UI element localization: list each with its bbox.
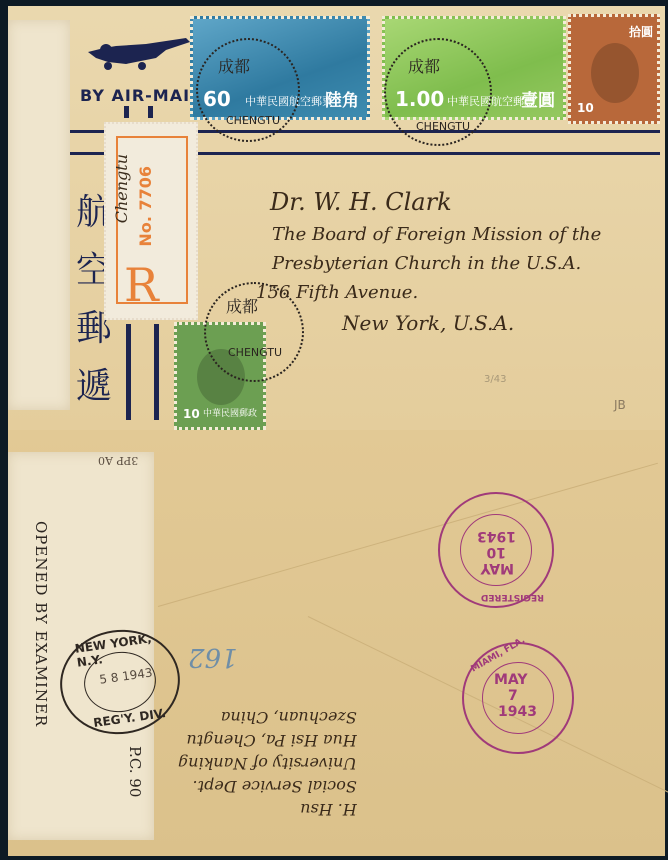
airmail-tick [124, 106, 129, 118]
airmail-tick [148, 106, 153, 118]
recipient-address: Dr. W. H. Clark The Board of Foreign Mis… [270, 188, 601, 335]
postmark-chengtu: CHENGTU 成都 [196, 38, 300, 142]
censor-handwritten-code: 3PP A0 [98, 454, 138, 467]
envelope-front: BY AIR-MAIL 航空郵遞 60 中華民國航空郵票 陸角 1.00 中華民… [8, 6, 665, 430]
by-air-mail-label: BY AIR-MAIL [80, 86, 201, 105]
postmark-chengtu: CHENGTU 成都 [384, 38, 492, 146]
portrait [591, 43, 639, 103]
initials-note: JB [614, 398, 626, 412]
red-postmark-new-york: REGISTERED MAY 10 1943 [438, 492, 554, 608]
airmail-bar [126, 324, 131, 420]
pencil-note: 3/43 [484, 374, 506, 385]
registration-label: No. 7706 R Chengtu [104, 122, 198, 320]
return-address: H. Hsu Social Service Dept. University o… [178, 706, 357, 821]
stamp-definitive-brown: 10 拾圓 [568, 14, 660, 124]
red-postmark-miami: MIAMI, FLA. MAY 7 1943 [462, 642, 574, 754]
postal-cover: BY AIR-MAIL 航空郵遞 60 中華民國航空郵票 陸角 1.00 中華民… [8, 6, 665, 856]
censor-code-label: P.C. 90 [126, 746, 144, 797]
blue-pencil-note: 162 [188, 642, 238, 672]
opened-by-examiner-label: OPENED BY EXAMINER [32, 521, 50, 727]
airplane-icon [86, 36, 194, 72]
censor-tape-front [8, 20, 70, 410]
airmail-bar [154, 324, 159, 420]
